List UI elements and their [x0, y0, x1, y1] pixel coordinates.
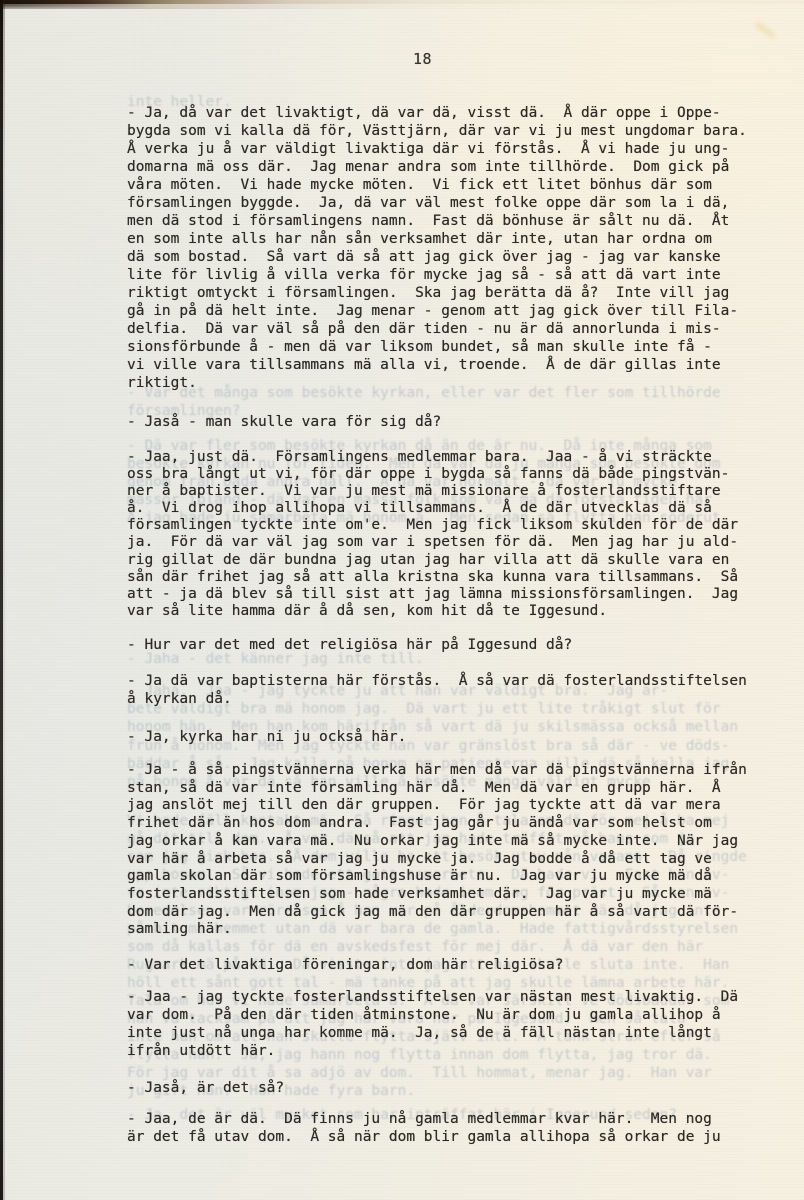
interviewer-paragraph: - Var det livaktiga föreningar, dom här … [127, 956, 564, 974]
interviewee-paragraph: - Ja - å så pingstvännerna verka här men… [127, 762, 747, 939]
interviewee-paragraph: - Jaa - jag tyckte fosterlandsstiftelsen… [127, 988, 738, 1060]
paper-stain [754, 21, 775, 39]
scan-corner-smudge [0, 0, 150, 7]
scan-edge-left-soft [3, 0, 5, 1200]
interviewee-paragraph: - Ja dä var baptisterna här förstås. Å s… [127, 672, 747, 708]
page-number: 18 [413, 50, 432, 68]
interviewee-paragraph: - Ja, då var det livaktigt, dä var dä, v… [127, 104, 747, 392]
interviewee-paragraph: - Jaa, de är dä. Dä finns ju nå gamla me… [127, 1110, 721, 1146]
interviewer-paragraph: - Ja, kyrka har ni ju också här. [127, 728, 406, 746]
interviewer-paragraph: - Hur var det med det religiösa här på I… [127, 636, 572, 654]
interviewer-paragraph: - Jaså - man skulle vara för sig då? [127, 413, 441, 431]
scanned-document-page: inte heller.- Var det många som besökte … [0, 0, 804, 1200]
interviewer-paragraph: - Jaså, är det så? [127, 1079, 284, 1097]
bleedthrough-text: som då kallas för dä en avskedsfest för … [127, 938, 703, 956]
interviewee-paragraph: - Jaa, just dä. Församlingens medlemmar … [127, 449, 738, 620]
